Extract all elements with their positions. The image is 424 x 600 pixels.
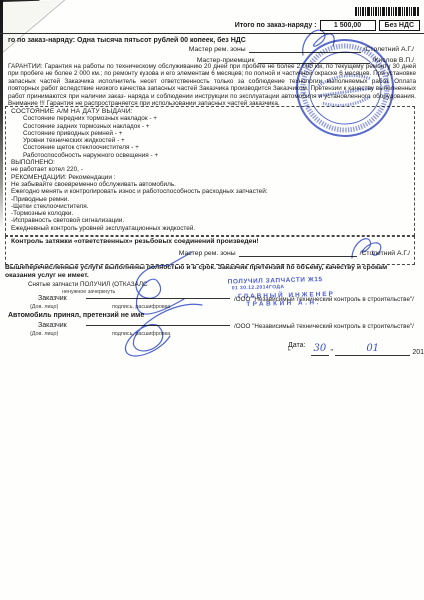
torque-master-name: /Столетний А.Г./ (360, 250, 410, 257)
round-stamp (286, 29, 403, 146)
date-month-slot: 01 (335, 344, 410, 356)
date-row: Дата: " 30 " 01 201 8 (288, 342, 424, 356)
signature-note-1: подпись, расшифровка (112, 304, 170, 310)
received-parts-stamp: ПОЛУЧИЛ ЗАПЧАСТИ Ж15 01 30.12.2014ГОДА Г… (228, 275, 349, 308)
torque-control-text: Контроль затяжки «ответственных» резьбов… (11, 238, 409, 245)
order-total-row: Итого по заказ-наряду : 1 500,00 Без НДС (235, 20, 420, 31)
services-completed-statement: Вышеперечисленные услуги выполнены полно… (5, 264, 415, 280)
removed-parts-line: Снятые запчасти ПОЛУЧИЛ (ОТКАЗАЛС (28, 281, 148, 288)
condition-item: Состояние щеток стеклоочистителя - + (11, 144, 409, 151)
barcode (355, 7, 419, 16)
amount-in-words: го по заказ-наряду: Одна тысяча пятьсот … (8, 37, 246, 44)
handwritten-day: 30 (313, 343, 326, 354)
scanned-work-order-page: Итого по заказ-наряду : 1 500,00 Без НДС… (0, 0, 424, 600)
done-item: не работает котел 220, - (11, 166, 409, 173)
order-total-label: Итого по заказ-наряду : (235, 22, 317, 29)
recommendation: -Щетки стеклоочистителя. (11, 203, 409, 210)
customer-label-2: Заказчик (38, 322, 67, 329)
customer-label-1: Заказчик (38, 295, 67, 302)
signature-line (239, 249, 357, 257)
order-total-amount: 1 500,00 (320, 20, 376, 31)
customer-name-2: /ООО "Независимый технический контроль в… (234, 323, 414, 330)
condition-item: Работоспособность наружного освещения - … (11, 152, 409, 159)
proxy-label-2: (Дов. лицо) (30, 331, 58, 337)
customer-signature-line-1 (86, 290, 230, 299)
date-quote: " (331, 349, 334, 356)
recommendation: -Исправность световой сигнализации. (11, 217, 409, 224)
recommendation: Ежегодно менять и контролировать износ и… (11, 188, 409, 195)
date-day-slot: 30 (311, 344, 328, 356)
torque-master-signature-row: Мастер рем. зоны /Столетний А.Г./ (179, 249, 410, 257)
proxy-label-1: (Дов. лицо) (30, 304, 58, 310)
recommendation: -Приводные ремни. (11, 196, 409, 203)
scan-edge-strip (0, 0, 3, 230)
repair-master-label: Мастер рем. зоны (189, 46, 246, 53)
recommendation: Ежедневный контроль уровней эксплуатацио… (11, 225, 409, 232)
signature-note-2: подпись, расшифровка (112, 331, 170, 337)
date-year-prefix: 201 (412, 349, 424, 356)
recommendations-label: РЕКОМЕНДАЦИИ: Рекомендации : (11, 174, 409, 181)
date-label: Дата: " (288, 342, 309, 356)
torque-master-label: Мастер рем. зоны (179, 250, 236, 257)
handwritten-month: 01 (366, 343, 379, 354)
customer-signature-line-2 (86, 317, 230, 326)
